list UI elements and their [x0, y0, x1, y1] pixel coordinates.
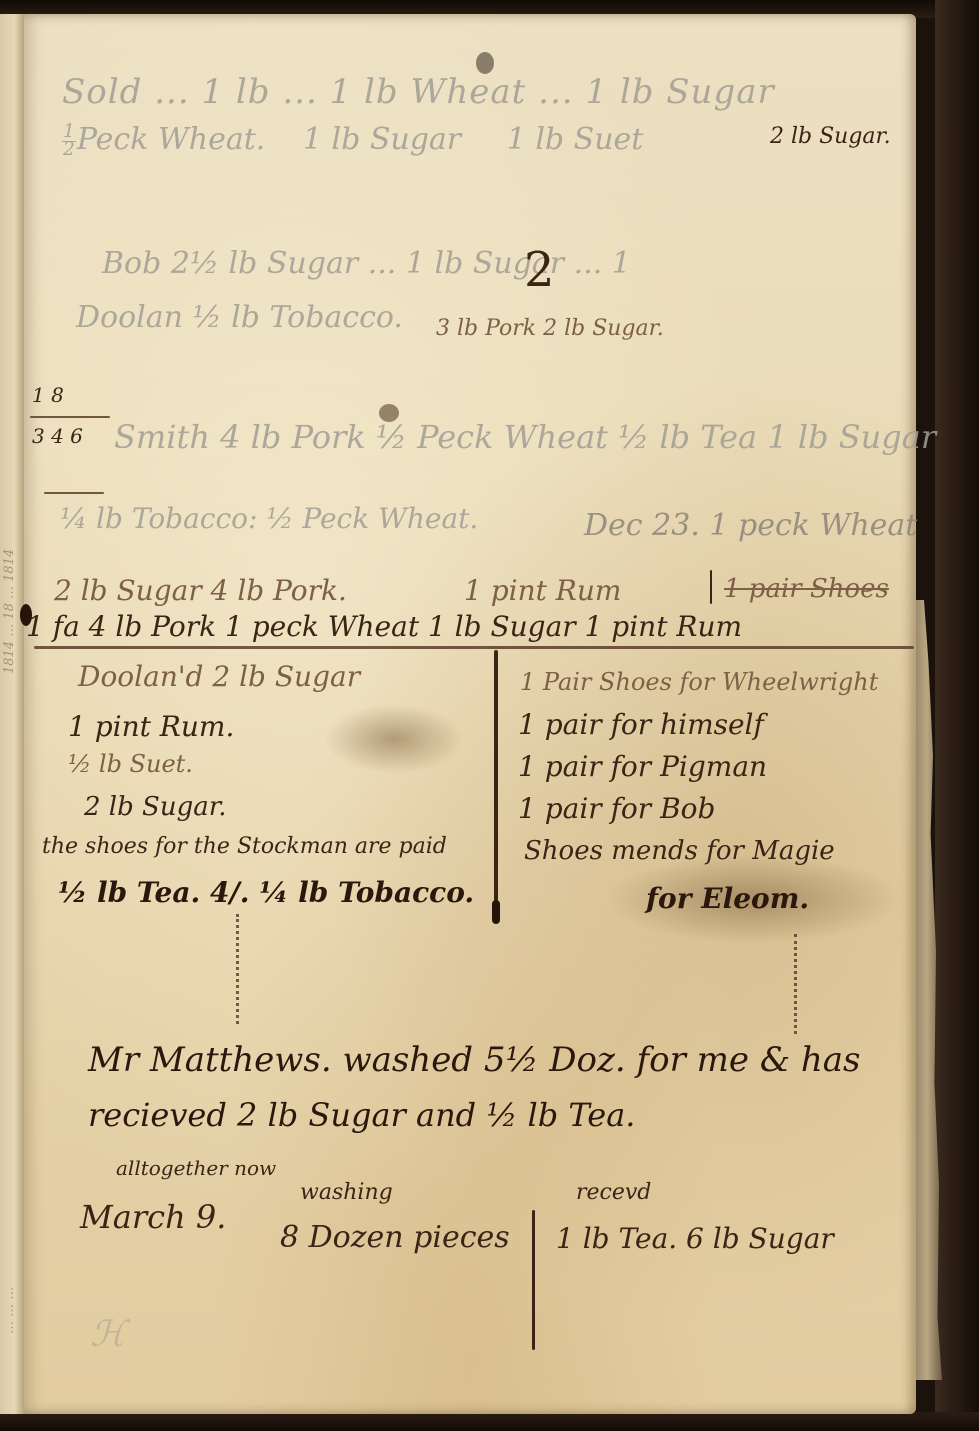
entry-shoes-mended-magie: Shoes mends for Magie	[524, 836, 835, 866]
margin-fraction-top: 1 8	[32, 384, 64, 406]
entry-pair-bob: 1 pair for Bob	[518, 792, 715, 825]
ink-drip-trail	[236, 914, 242, 1024]
entry-shoes-wheelwright: 1 Pair Shoes for Wheelwright	[520, 668, 878, 696]
pencil-line-4: Doolan ½ lb Tobacco.	[76, 300, 403, 335]
entry-sugar: 2 lb Sugar.	[84, 792, 227, 822]
entry-pair-pigman: 1 pair for Pigman	[518, 750, 767, 783]
label-received: recevd	[576, 1180, 651, 1205]
pencil-line-2: 12Peck Wheat. 1 lb Sugar 1 lb Suet	[62, 122, 643, 158]
previous-page-edge: 1814 … 18 … 1814 … … …	[0, 14, 25, 1414]
struck-shoes-entry: 1 pair Shoes	[724, 574, 889, 604]
water-stain	[324, 704, 464, 774]
ink-large-number: 2	[524, 242, 555, 298]
book-cover-bottom	[0, 1412, 979, 1431]
ink-line-7a: 2 lb Sugar 4 lb Pork.	[54, 574, 347, 607]
ink-blot	[476, 52, 494, 74]
pencil-line-6a: ¼ lb Tobacco: ½ Peck Wheat.	[60, 502, 478, 535]
ink-ruled-line-entry: 1 fa 4 lb Pork 1 peck Wheat 1 lb Sugar 1…	[26, 610, 742, 643]
ink-divider-short	[710, 570, 712, 604]
entry-matthews-line1: Mr Matthews. washed 5½ Doz. for me & has	[88, 1040, 861, 1080]
value-received-tea-sugar: 1 lb Tea. 6 lb Sugar	[556, 1222, 834, 1255]
faint-bottom-scribble: ℋ	[90, 1314, 126, 1355]
entry-stockman-shoes: the shoes for the Stockman are paid	[42, 834, 447, 859]
entry-doolan-sugar: Doolan'd 2 lb Sugar	[78, 660, 360, 693]
ink-pork-sugar: 3 lb Pork 2 lb Sugar.	[436, 316, 664, 341]
entry-pair-himself: 1 pair for himself	[518, 708, 764, 741]
ink-line-7b: 1 pint Rum	[464, 574, 621, 607]
bleed-through-text: 1814 … 18 … 1814	[2, 74, 20, 674]
fraction-bar	[44, 492, 104, 494]
pencil-line-1: Sold ... 1 lb ... 1 lb Wheat ... 1 lb Su…	[62, 72, 775, 112]
bleed-through-text: … … …	[2, 734, 20, 1334]
ledger-page: Sold ... 1 lb ... 1 lb Wheat ... 1 lb Su…	[24, 14, 916, 1414]
horizontal-ruled-divider	[34, 646, 914, 649]
entry-march-date: March 9.	[80, 1198, 226, 1236]
fraction-bar	[30, 416, 110, 418]
label-washing: washing	[300, 1180, 393, 1205]
entry-tea-tobacco: ½ lb Tea. 4/. ¼ lb Tobacco.	[58, 876, 474, 909]
pencil-line-5: Smith 4 lb Pork ½ Peck Wheat ½ lb Tea 1 …	[114, 418, 936, 456]
entry-pint-rum: 1 pint Rum.	[68, 710, 234, 743]
march-divider	[532, 1210, 535, 1350]
pencil-line-6b: Dec 23. 1 peck Wheat	[584, 508, 917, 543]
column-divider	[494, 650, 498, 920]
entry-suet: ½ lb Suet.	[68, 750, 193, 778]
entry-matthews-line2: recieved 2 lb Sugar and ½ lb Tea.	[88, 1096, 635, 1134]
ink-sugar-top-right: 2 lb Sugar.	[770, 124, 891, 149]
value-washing-pieces: 8 Dozen pieces	[280, 1220, 510, 1255]
ink-drip-trail	[794, 934, 800, 1034]
entry-for-eleom: for Eleom.	[646, 882, 809, 915]
margin-fraction-bottom: 3 4 6	[32, 424, 83, 448]
book-cover-spine-edge	[935, 0, 979, 1431]
note-alltogether-now: alltogether now	[116, 1156, 276, 1180]
